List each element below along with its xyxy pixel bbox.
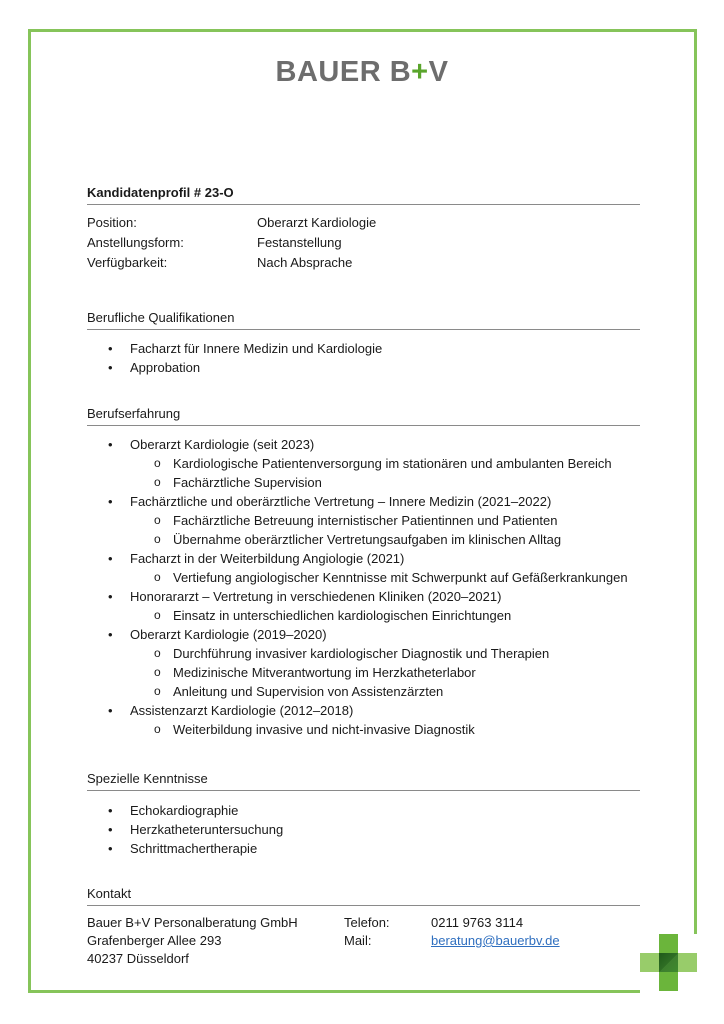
qualifications-list: Facharzt für Innere Medizin und Kardiolo… — [87, 339, 640, 377]
logo-plus-icon: + — [411, 56, 428, 88]
list-item: Echokardiographie — [87, 801, 640, 820]
field-value: Festanstellung — [257, 233, 342, 253]
street: Grafenberger Allee 293 — [87, 932, 344, 950]
field-position: Position: Oberarzt Kardiologie — [87, 213, 640, 233]
field-label: Anstellungsform: — [87, 233, 257, 253]
field-value: Nach Absprache — [257, 253, 352, 273]
experience-list: Oberarzt Kardiologie (seit 2023) Kardiol… — [87, 435, 640, 739]
skills-title: Spezielle Kenntnisse — [87, 769, 640, 791]
contact-info: Telefon: 0211 9763 3114 Mail: beratung@b… — [344, 914, 560, 968]
experience-item: Facharzt in der Weiterbildung Angiologie… — [87, 549, 640, 568]
list-item: Schrittmachertherapie — [87, 839, 640, 858]
experience-detail: Medizinische Mitverantwortung im Herzkat… — [87, 663, 640, 682]
qualifications-title: Berufliche Qualifikationen — [87, 308, 640, 330]
experience-detail: Anleitung und Supervision von Assistenzä… — [87, 682, 640, 701]
phone-label: Telefon: — [344, 914, 431, 932]
experience-detail: Kardiologische Patientenversorgung im st… — [87, 454, 640, 473]
experience-detail: Fachärztliche Betreuung internistischer … — [87, 511, 640, 530]
page-frame-bottom — [28, 990, 640, 993]
contact-address: Bauer B+V Personalberatung GmbH Grafenbe… — [87, 914, 344, 968]
experience-item: Fachärztliche und oberärztliche Vertretu… — [87, 492, 640, 511]
experience-detail: Vertiefung angiologischer Kenntnisse mit… — [87, 568, 640, 587]
field-label: Verfügbarkeit: — [87, 253, 257, 273]
experience-item: Honorararzt – Vertretung in verschiedene… — [87, 587, 640, 606]
phone-row: Telefon: 0211 9763 3114 — [344, 914, 560, 932]
field-label: Position: — [87, 213, 257, 233]
experience-detail: Weiterbildung invasive und nicht-invasiv… — [87, 720, 640, 739]
experience-detail: Durchführung invasiver kardiologischer D… — [87, 644, 640, 663]
contact-title: Kontakt — [87, 884, 640, 906]
mail-label: Mail: — [344, 932, 431, 950]
list-item: Facharzt für Innere Medizin und Kardiolo… — [87, 339, 640, 358]
green-cross-icon — [640, 934, 698, 992]
page-frame-left — [28, 29, 31, 993]
experience-detail: Fachärztliche Supervision — [87, 473, 640, 492]
company-logo: BAUER B+V — [0, 56, 724, 89]
skills-list: Echokardiographie Herzkatheteruntersuchu… — [87, 801, 640, 858]
page-frame-right — [694, 29, 697, 934]
field-value: Oberarzt Kardiologie — [257, 213, 376, 233]
list-item: Herzkatheteruntersuchung — [87, 820, 640, 839]
profile-fields: Position: Oberarzt Kardiologie Anstellun… — [87, 213, 640, 273]
field-availability: Verfügbarkeit: Nach Absprache — [87, 253, 640, 273]
experience-detail: Einsatz in unterschiedlichen kardiologis… — [87, 606, 640, 625]
experience-item: Oberarzt Kardiologie (seit 2023) — [87, 435, 640, 454]
contact-block: Bauer B+V Personalberatung GmbH Grafenbe… — [87, 914, 640, 968]
logo-text-prefix: BAUER B — [276, 56, 412, 88]
mail-row: Mail: beratung@bauerbv.de — [344, 932, 560, 950]
page-frame-top — [28, 29, 697, 32]
profile-document: Kandidatenprofil # 23-O Position: Oberar… — [87, 183, 640, 968]
logo-text-suffix: V — [429, 56, 449, 88]
experience-item: Oberarzt Kardiologie (2019–2020) — [87, 625, 640, 644]
list-item: Approbation — [87, 358, 640, 377]
experience-item: Assistenzarzt Kardiologie (2012–2018) — [87, 701, 640, 720]
phone-number: 0211 9763 3114 — [431, 914, 523, 932]
experience-title: Berufserfahrung — [87, 404, 640, 426]
experience-detail: Übernahme oberärztlicher Vertretungsaufg… — [87, 530, 640, 549]
city: 40237 Düsseldorf — [87, 950, 344, 968]
profile-title: Kandidatenprofil # 23-O — [87, 183, 640, 205]
company-name: Bauer B+V Personalberatung GmbH — [87, 914, 344, 932]
email-link[interactable]: beratung@bauerbv.de — [431, 932, 560, 950]
field-employment-type: Anstellungsform: Festanstellung — [87, 233, 640, 253]
